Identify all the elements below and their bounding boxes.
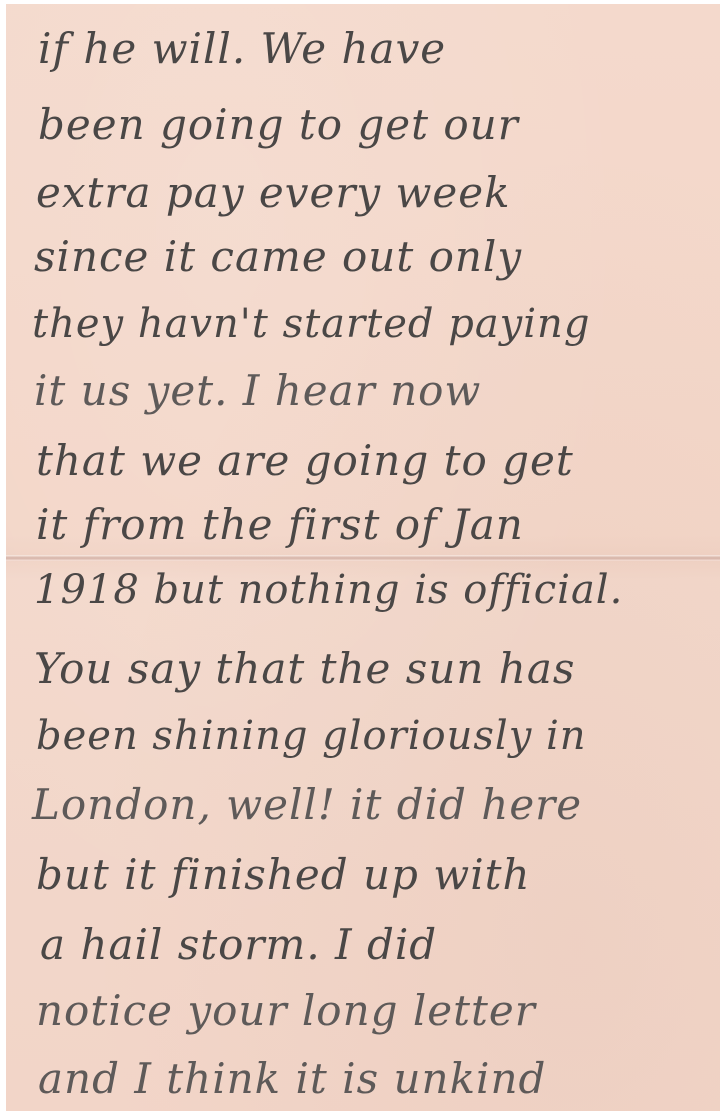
letter-line-3: extra pay every week <box>36 172 511 214</box>
letter-line-6: it us yet. I hear now <box>34 370 481 412</box>
paper-fold-crease <box>6 555 720 561</box>
letter-line-14: a hail storm. I did <box>40 924 437 966</box>
letter-line-5: they havn't started paying <box>32 304 590 344</box>
letter-line-12: London, well! it did here <box>32 784 582 826</box>
letter-line-8: it from the first of Jan <box>36 504 524 546</box>
letter-page: if he will. We have been going to get ou… <box>6 4 720 1111</box>
letter-line-9: 1918 but nothing is official. <box>34 570 623 610</box>
letter-line-10: You say that the sun has <box>34 648 575 690</box>
letter-line-15: notice your long letter <box>36 990 536 1032</box>
letter-line-13: but it finished up with <box>36 854 531 896</box>
letter-line-11: been shining gloriously in <box>36 716 587 756</box>
letter-line-1: if he will. We have <box>38 28 446 70</box>
letter-line-2: been going to get our <box>38 104 519 146</box>
letter-line-7: that we are going to get <box>36 440 574 482</box>
letter-line-4: since it came out only <box>34 236 522 278</box>
letter-line-16: and I think it is unkind <box>38 1058 546 1100</box>
